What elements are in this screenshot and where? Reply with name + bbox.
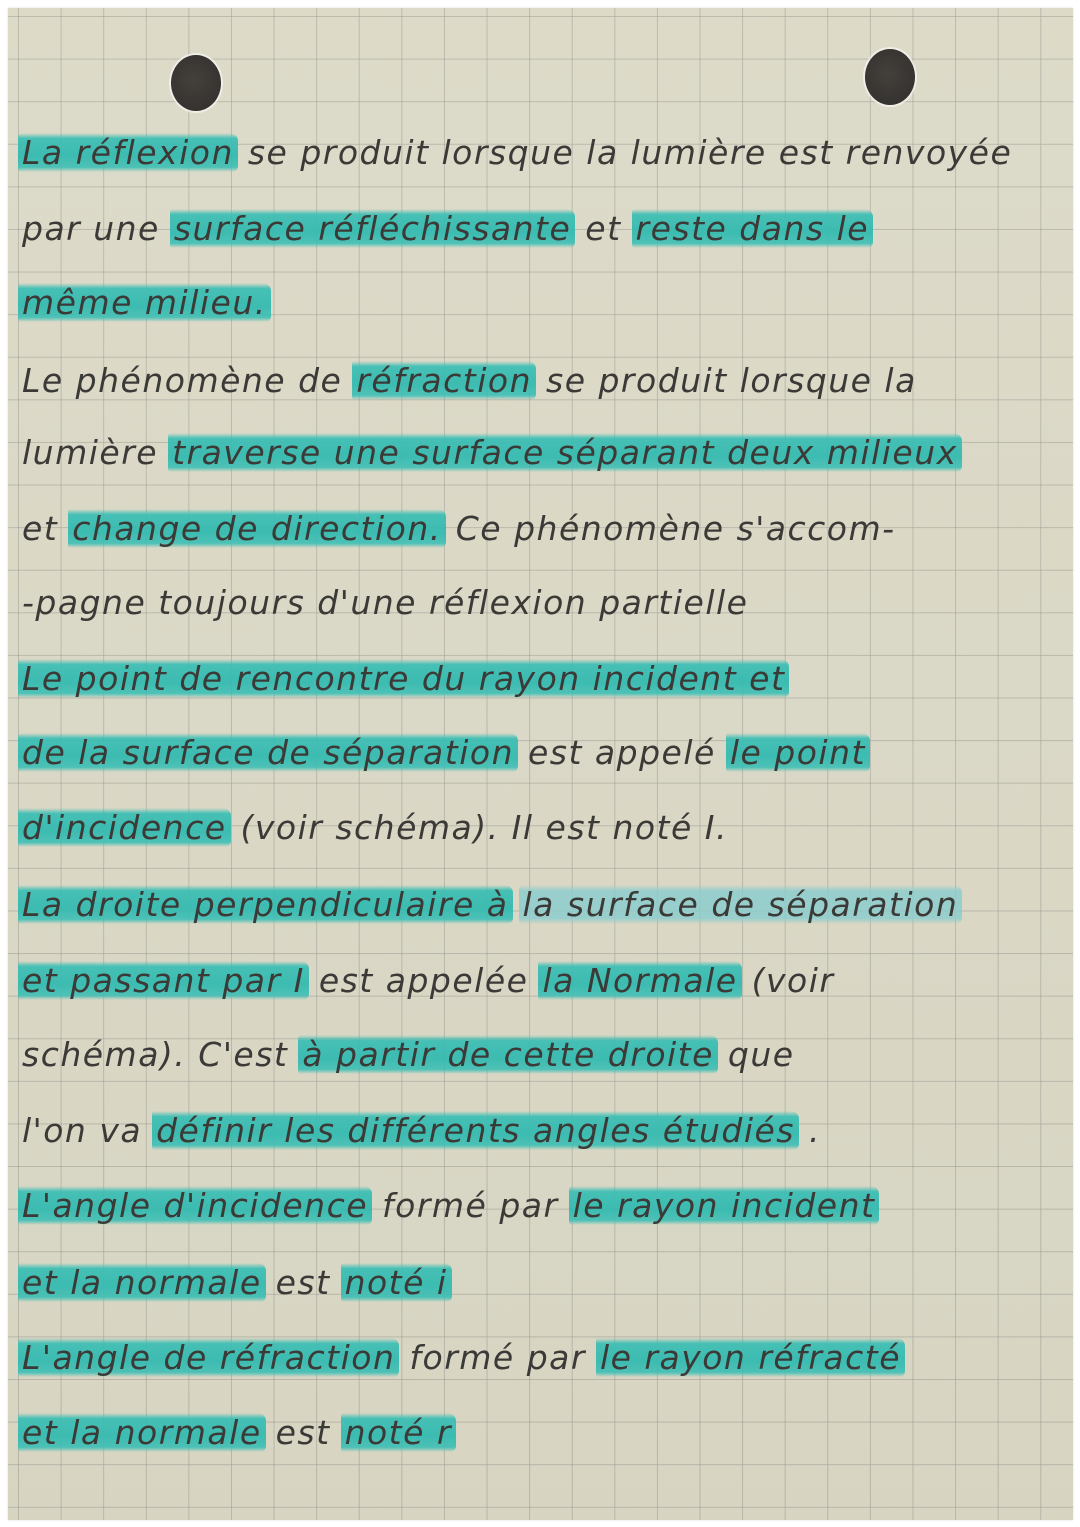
plain-text: . [805,1111,825,1150]
plain-text: Ce phénomène s'accom- [452,509,900,548]
note-line-15: L'angle d'incidenceformé parle rayon inc… [18,1181,1072,1231]
plain-text: l'on va [18,1111,146,1150]
highlighted-text: le rayon réfracté [596,1338,905,1377]
highlighted-text: reste dans le [632,209,874,248]
plain-text: est [272,1263,335,1302]
note-line-4: Le phénomène deréfractionse produit lors… [18,356,1072,406]
note-line-5: lumièretraverse une surface séparant deu… [18,428,1072,478]
highlighted-text: noté i [341,1263,452,1302]
plain-text: est [272,1413,335,1452]
plain-text: se produit lorsque la lumière est renvoy… [244,133,1016,172]
plain-text: que [724,1035,799,1074]
note-line-9: de la surface de séparationest appeléle … [18,728,1072,778]
highlighted-text: et la normale [18,1413,266,1452]
highlighted-text: la Normale [538,961,741,1000]
highlighted-text: à partir de cette droite [298,1035,718,1074]
highlighted-text: réfraction [352,361,536,400]
highlighted-text: L'angle d'incidence [18,1186,372,1225]
note-line-18: et la normaleestnoté r [18,1408,1072,1458]
plain-text: -pagne toujours d'une réflexion partiell… [18,583,752,622]
note-line-6: etchange de direction.Ce phénomène s'acc… [18,504,1072,554]
note-line-11: La droite perpendiculaire àla surface de… [18,880,1072,930]
plain-text: (voir schéma). Il est noté I. [237,808,732,847]
note-line-2: par unesurface réfléchissanteetreste dan… [18,204,1072,254]
highlighted-text: noté r [341,1413,456,1452]
highlighted-text: même milieu. [18,283,271,322]
plain-text: (voir [748,961,839,1000]
highlighted-text: Le point de rencontre du rayon incident … [18,659,789,698]
highlighted-text-pale: la surface de séparation [519,885,963,924]
note-line-3: même milieu. [18,278,1072,328]
note-line-16: et la normaleestnoté i [18,1258,1072,1308]
highlighted-text: surface réfléchissante [170,209,575,248]
plain-text: Le phénomène de [18,361,346,400]
note-line-1: La réflexionse produit lorsque la lumièr… [18,128,1072,178]
note-line-7: -pagne toujours d'une réflexion partiell… [18,578,1072,628]
plain-text: formé par [405,1338,590,1377]
highlighted-text: le rayon incident [569,1186,880,1225]
highlighted-text: L'angle de réfraction [18,1338,399,1377]
highlighted-text: La réflexion [18,133,238,172]
plain-text: et [581,209,625,248]
note-line-13: schéma). C'està partir de cette droitequ… [18,1030,1072,1080]
plain-text: est appelé [524,733,720,772]
highlighted-text: définir les différents angles étudiés [152,1111,799,1150]
plain-text: schéma). C'est [18,1035,292,1074]
plain-text: formé par [378,1186,563,1225]
handwritten-notes: La réflexionse produit lorsque la lumièr… [0,0,1080,1527]
highlighted-text: d'incidence [18,808,231,847]
plain-text: lumière [18,433,162,472]
plain-text: est appelée [315,961,533,1000]
highlighted-text: change de direction. [68,509,446,548]
note-line-14: l'on vadéfinir les différents angles étu… [18,1106,1072,1156]
plain-text: par une [18,209,164,248]
highlighted-text: le point [726,733,870,772]
highlighted-text: La droite perpendiculaire à [18,885,513,924]
plain-text: et [18,509,62,548]
note-line-12: et passant par Iest appeléela Normale(vo… [18,956,1072,1006]
highlighted-text: et la normale [18,1263,266,1302]
note-line-10: d'incidence(voir schéma). Il est noté I. [18,803,1072,853]
highlighted-text: traverse une surface séparant deux milie… [168,433,962,472]
highlighted-text: et passant par I [18,961,309,1000]
note-line-8: Le point de rencontre du rayon incident … [18,654,1072,704]
plain-text: se produit lorsque la [542,361,921,400]
note-line-17: L'angle de réfractionformé parle rayon r… [18,1333,1072,1383]
highlighted-text: de la surface de séparation [18,733,518,772]
